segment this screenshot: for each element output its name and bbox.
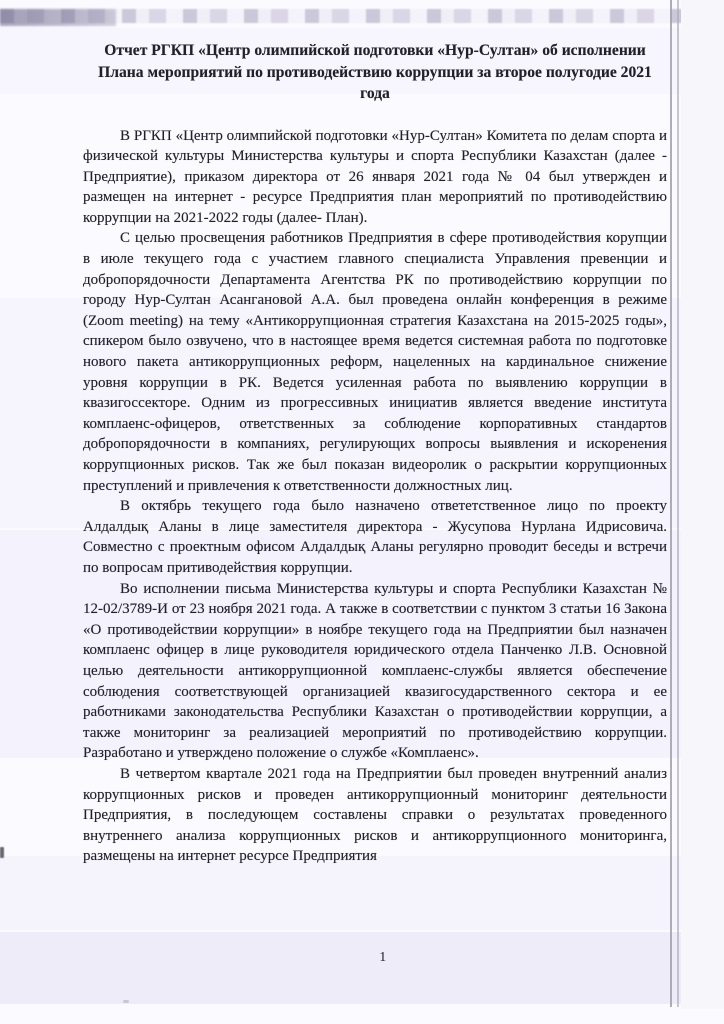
page-edge-line [677,0,679,1007]
scan-speck [123,1000,129,1003]
paragraph-q4-analysis: В четвертом квартале 2021 года на Предпр… [83,764,667,867]
scan-noise-top-left-blob [0,9,116,26]
page-number: 1 [83,950,683,966]
paragraph-compliance-officer: Во исполнении письма Министерства культу… [83,579,667,764]
document-title: Отчет РГКП «Центр олимпийской подготовки… [83,40,667,105]
paragraph-responsible-person: В октябрь текущего года было назначено о… [83,496,667,578]
paragraph-plan-approved: В РГКП «Центр олимпийской подготовки «Ну… [83,126,667,229]
scan-bottom-strip [0,1009,724,1024]
scan-right-margin-strip [681,0,724,1024]
scan-noise-band [0,856,724,930]
scan-noise-band [0,932,724,1004]
document-content: Отчет РГКП «Центр олимпийской подготовки… [83,40,667,867]
scanned-page: Отчет РГКП «Центр олимпийской подготовки… [0,0,724,1024]
scan-left-edge-mark [0,847,4,858]
page-edge-line [670,0,672,1007]
paragraph-zoom-conference: С целью просвещения работников Предприят… [83,228,667,496]
